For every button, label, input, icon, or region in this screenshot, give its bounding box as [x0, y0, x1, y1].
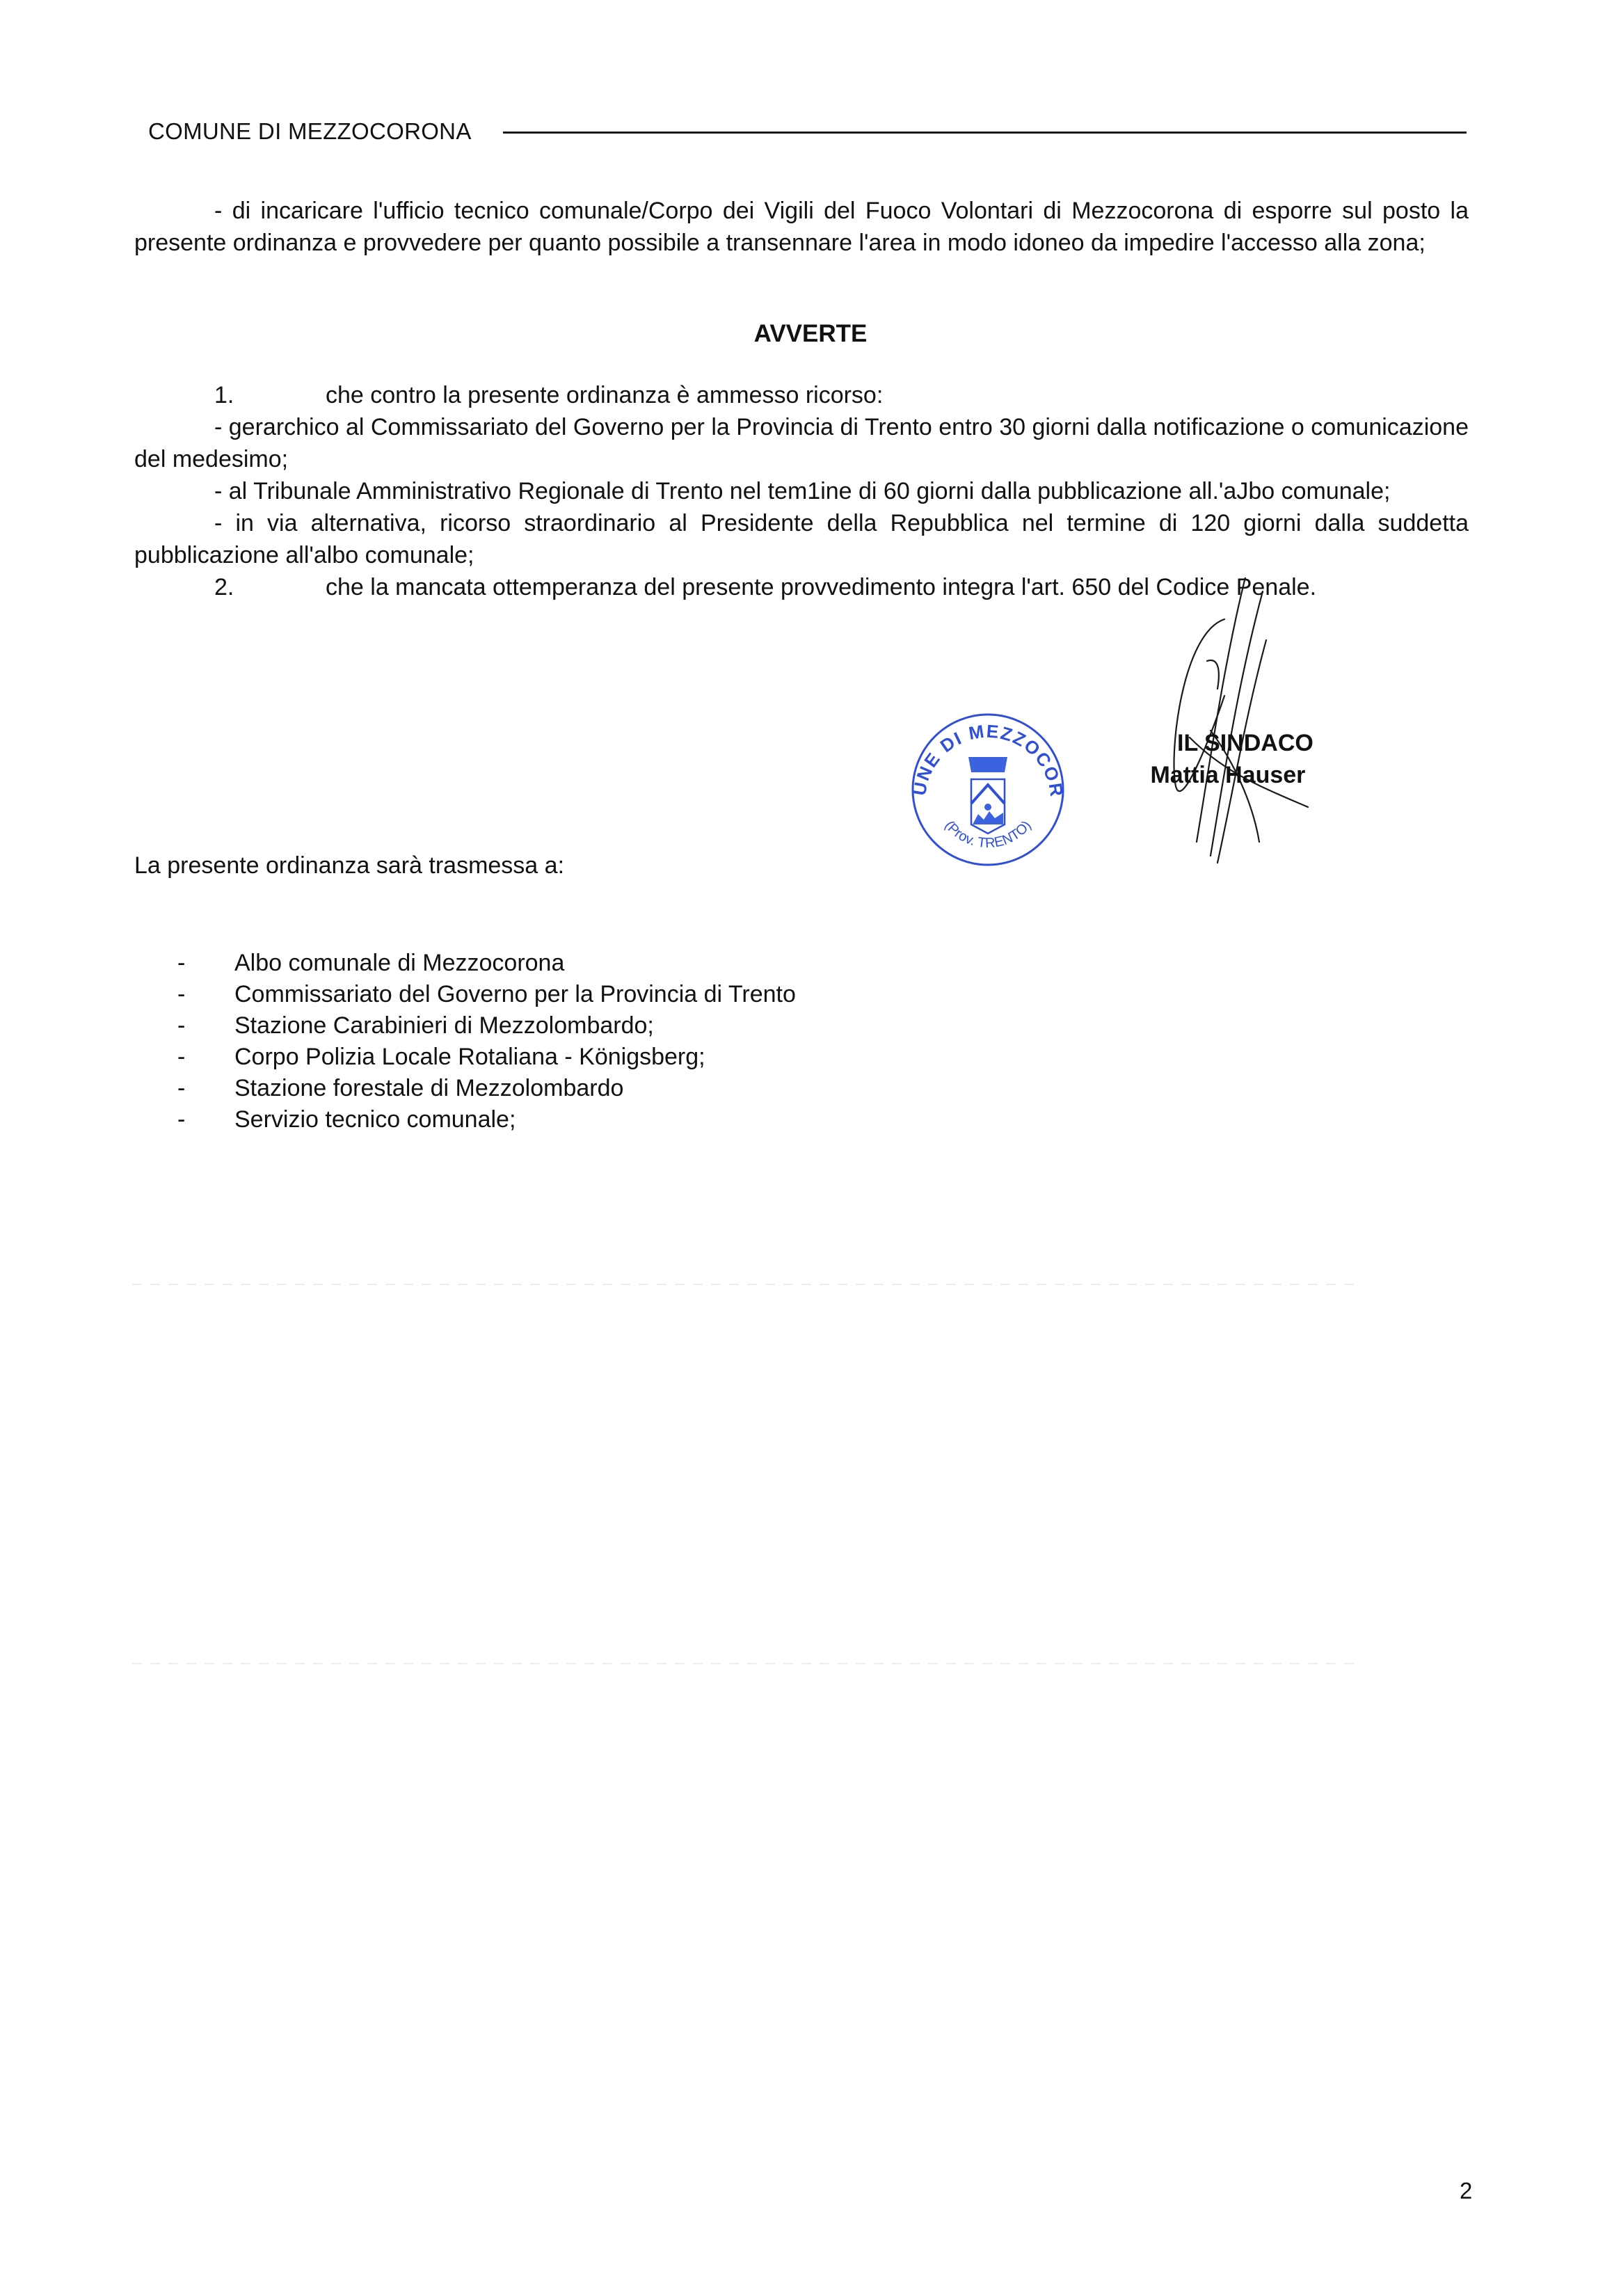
list-item: -Corpo Polizia Locale Rotaliana - Königs… — [177, 1042, 796, 1073]
recipient-list: -Albo comunale di Mezzocorona -Commissar… — [177, 948, 796, 1135]
list-item: -Albo comunale di Mezzocorona — [177, 948, 796, 979]
item-number: 2. — [134, 571, 326, 603]
ricorso-tar: - al Tribunale Amministrativo Regionale … — [134, 475, 1469, 507]
scan-artifact-line — [132, 1663, 1357, 1664]
paragraph-incarico: - di incaricare l'ufficio tecnico comuna… — [134, 195, 1469, 259]
signer-name: Mattia Hauser — [1142, 759, 1313, 791]
ricorso-gerarchico: - gerarchico al Commissariato del Govern… — [134, 411, 1469, 475]
section-heading-avverte: AVVERTE — [0, 320, 1621, 348]
avverte-list: 1. che contro la presente ordinanza è am… — [134, 379, 1469, 603]
list-item: -Servizio tecnico comunale; — [177, 1104, 796, 1135]
signer-role: IL SINDACO — [1177, 727, 1313, 759]
list-item: -Stazione forestale di Mezzolombardo — [177, 1073, 796, 1104]
avverte-item-1: 1. che contro la presente ordinanza è am… — [134, 379, 1469, 411]
distribution-intro: La presente ordinanza sarà trasmessa a: — [134, 852, 564, 879]
page-number: 2 — [1460, 2178, 1472, 2204]
list-item: -Stazione Carabinieri di Mezzolombardo; — [177, 1010, 796, 1042]
signature-icon — [1141, 577, 1336, 870]
header-rule — [503, 131, 1467, 134]
document-page: COMUNE DI MEZZOCORONA - di incaricare l'… — [0, 0, 1621, 2296]
list-item: -Commissariato del Governo per la Provin… — [177, 979, 796, 1010]
item-text: che contro la presente ordinanza è ammes… — [326, 379, 1469, 411]
municipal-stamp-icon: COMUNE DI MEZZOCORONA (Prov. TRENTO) — [904, 710, 1071, 870]
scan-artifact-line — [132, 1284, 1357, 1285]
signer-block: IL SINDACO Mattia Hauser — [1142, 727, 1313, 791]
header-title: COMUNE DI MEZZOCORONA — [148, 118, 472, 145]
ricorso-straordinario: - in via alternativa, ricorso straordina… — [134, 507, 1469, 571]
item-number: 1. — [134, 379, 326, 411]
page-header: COMUNE DI MEZZOCORONA — [148, 118, 1467, 145]
